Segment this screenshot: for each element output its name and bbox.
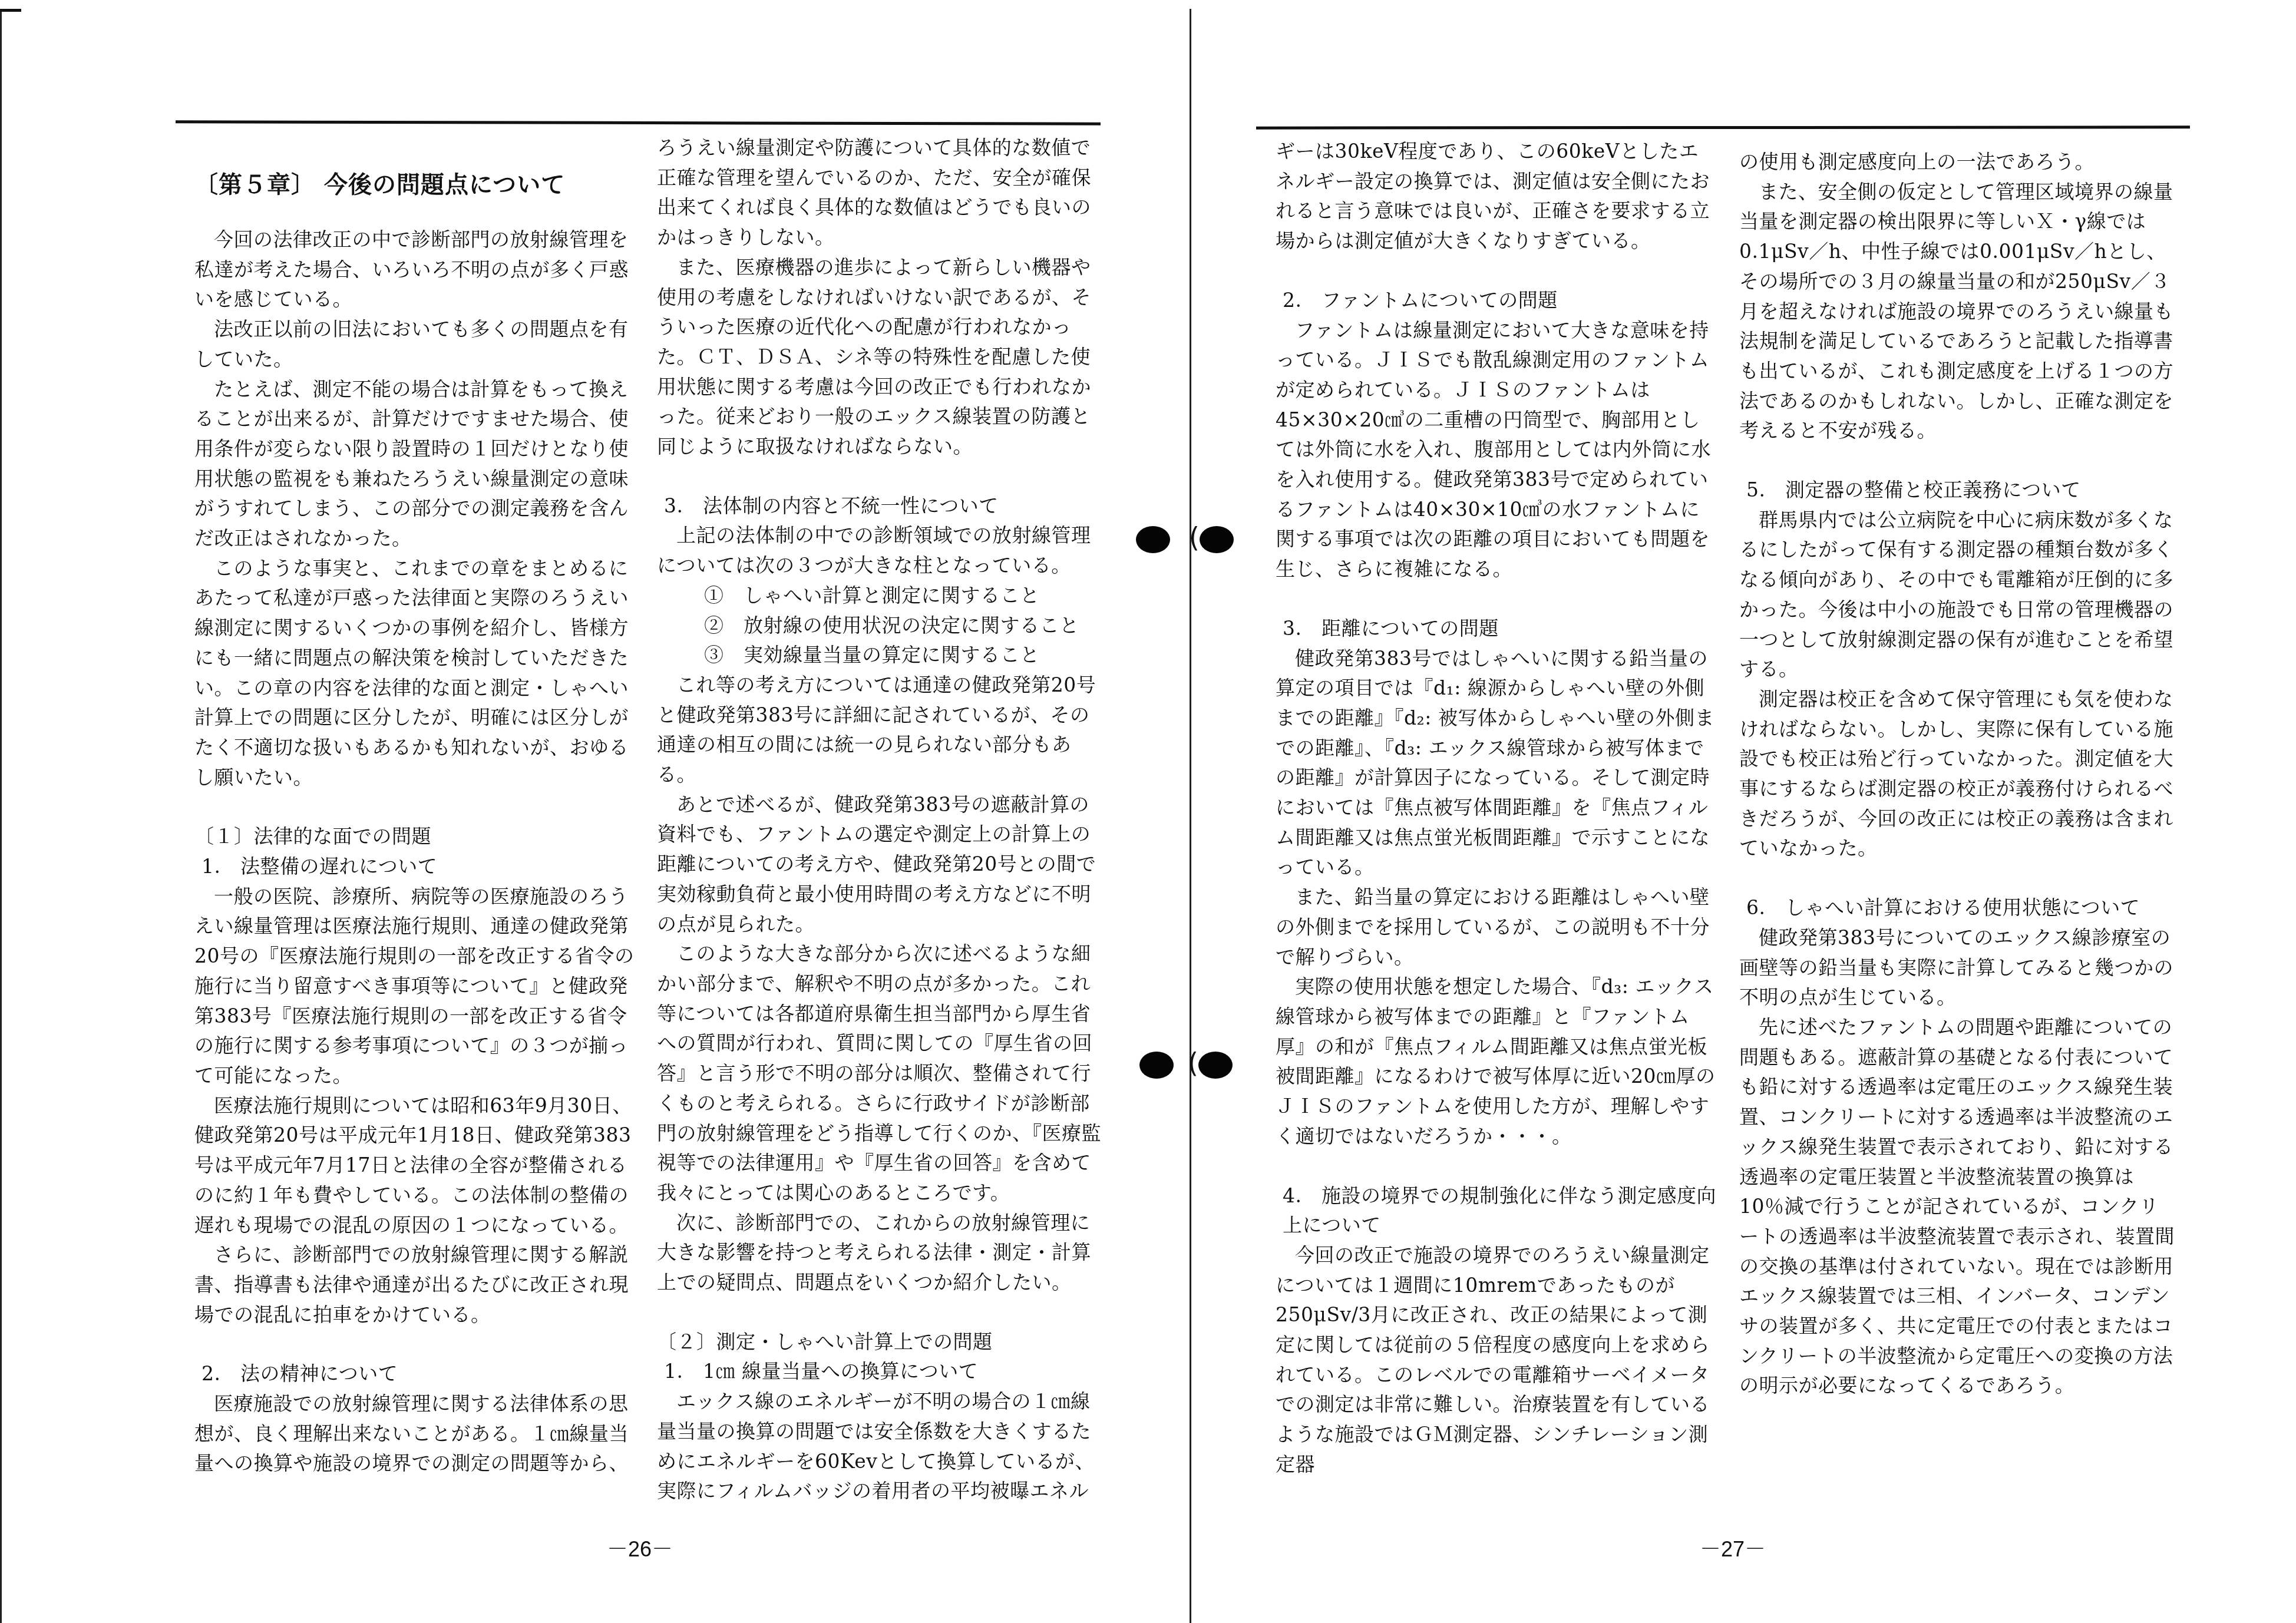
paragraph: 群馬県内では公立病院を中心に病床数が多くなるにしたがって保有する測定器の種類台数… [1739, 505, 2178, 685]
scan-left-edge [0, 9, 2, 1623]
punch-hole-icon [1200, 526, 1234, 553]
chapter-title: 〔第５章〕 今後の問題点について [194, 167, 636, 203]
paragraph: 一般の医院、診療所、病院等の医療施設のろうえい線量管理は医療法施行規則、通達の健… [194, 882, 636, 1091]
paragraph: 健政発第383号についてのエックス線診療室の画壁等の鉛当量も実際に計算してみると… [1739, 923, 2178, 1013]
subsection-heading: 1. 法整備の遅れについて [194, 852, 636, 882]
punch-hole-shadow-icon: ( [1189, 521, 1200, 553]
paragraph: ファントムは線量測定において大きな意味を持っている。ＪＩＳでも散乱線測定用のファ… [1276, 316, 1717, 584]
paragraph: 先に述べたファントムの問題や距離についての問題もある。遮蔽計算の基礎となる付表に… [1739, 1013, 2178, 1401]
left-page-header-rule [176, 120, 1101, 125]
subsection-heading: 6. しゃへい計算における使用状態について [1739, 893, 2178, 923]
punch-hole-icon [1136, 526, 1170, 553]
paragraph: このような事実と、これまでの章をまとめるにあたって私達が戸惑った法律面と実際のろ… [194, 554, 636, 793]
left-page-column-1: 〔第５章〕 今後の問題点について 今回の法律改正の中で診断部門の放射線管理を私達… [194, 167, 636, 1479]
right-page-column-2: の使用も測定感度向上の一法であろう。 また、安全側の仮定として管理区域境界の線量… [1739, 147, 2178, 1401]
paragraph: また、医療機器の進歩によって新らしい機器や使用の考慮をしなければいけない訳である… [657, 253, 1105, 462]
paragraph: 健政発第383号ではしゃへいに関する鉛当量の算定の項目では『d₁: 線源からしゃ… [1276, 644, 1717, 883]
paragraph: たとえば、測定不能の場合は計算をもって換えることが出来るが、計算だけですませた場… [194, 375, 636, 554]
page-number-right: －27－ [1700, 1533, 1766, 1563]
paragraph: 実際の使用状態を想定した場合、『d₃: エックス線管球から被写体までの距離』と『… [1276, 972, 1717, 1151]
subsection-heading: 5. 測定器の整備と校正義務について [1739, 475, 2178, 505]
paragraph: 今回の改正で施設の境界でのろうえい線量測定については１週間に10mremであった… [1276, 1241, 1717, 1480]
scan-left-edge-cap [0, 9, 21, 12]
list-item: ③ 実効線量当量の算定に関すること [657, 640, 1105, 670]
paragraph: さらに、診断部門での放射線管理に関する解説書、指導書も法律や通達が出るたびに改正… [194, 1240, 636, 1330]
paragraph: 今回の法律改正の中で診断部門の放射線管理を私達が考えた場合、いろいろ不明の点が多… [194, 225, 636, 315]
paragraph: このような大きな部分から次に述べるような細かい部分まで、解釈や不明の点が多かった… [657, 939, 1105, 1208]
punch-hole-icon [1198, 1052, 1233, 1079]
paragraph: 次に、診断部門での、これからの放射線管理に大きな影響を持つと考えられる法律・測定… [657, 1208, 1105, 1298]
paragraph: また、鉛当量の算定における距離はしゃへい壁の外側までを採用しているが、この説明も… [1276, 882, 1717, 972]
subsection-heading: 3. 法体制の内容と不統一性について [657, 491, 1105, 521]
paragraph: 測定器は校正を含めて保守管理にも気を使わなければならない。しかし、実際に保有して… [1739, 685, 2178, 864]
paragraph: あとで述べるが、健政発第383号の遮蔽計算の資料でも、ファントムの選定や測定上の… [657, 790, 1105, 940]
paragraph: ろうえい線量測定や防護について具体的な数値で正確な管理を望んでいるのか、ただ、安… [657, 133, 1105, 253]
book-spine-divider [1190, 9, 1191, 1623]
paragraph: また、安全側の仮定として管理区域境界の線量当量を測定器の検出限界に等しいＸ・γ線… [1739, 177, 2178, 446]
right-page-column-1: ギーは30keV程度であり、この60keVとしたエネルギー設定の換算では、測定値… [1276, 137, 1717, 1480]
paragraph: 法改正以前の旧法においても多くの問題点を有していた。 [194, 315, 636, 374]
right-page-header-rule [1256, 125, 2190, 129]
subsection-heading: 4. 施設の境界での規制強化に伴なう測定感度向上について [1276, 1181, 1717, 1241]
paragraph: エックス線のエネルギーが不明の場合の１㎝線量当量の換算の問題では安全係数を大きく… [657, 1387, 1105, 1506]
punch-hole-shadow-icon: ( [1188, 1047, 1198, 1079]
paragraph: 医療法施行規則については昭和63年9月30日、健政発第20号は平成元年1月18日… [194, 1091, 636, 1241]
paragraph: これ等の考え方については通達の健政発第20号と健政発第383号に詳細に記されてい… [657, 670, 1105, 790]
subsection-heading: 1. 1㎝ 線量当量への換算について [657, 1357, 1105, 1387]
section-heading: 〔１〕法律的な面での問題 [194, 822, 636, 852]
list-item: ② 放射線の使用状況の決定に関すること [657, 611, 1105, 641]
page-number-left: －26－ [607, 1533, 673, 1563]
paragraph: ギーは30keV程度であり、この60keVとしたエネルギー設定の換算では、測定値… [1276, 137, 1717, 256]
section-heading: 〔２〕測定・しゃへい計算上での問題 [657, 1327, 1105, 1357]
paragraph: の使用も測定感度向上の一法であろう。 [1739, 147, 2178, 177]
list-item: ① しゃへい計算と測定に関すること [657, 581, 1105, 611]
subsection-heading: 3. 距離についての問題 [1276, 614, 1717, 644]
paragraph: 医療施設での放射線管理に関する法律体系の思想が、良く理解出来ないことがある。１㎝… [194, 1389, 636, 1479]
left-page-column-2: ろうえい線量測定や防護について具体的な数値で正確な管理を望んでいるのか、ただ、安… [657, 133, 1105, 1506]
punch-hole-icon [1139, 1052, 1174, 1079]
subsection-heading: 2. 法の精神について [194, 1359, 636, 1389]
subsection-heading: 2. ファントムについての問題 [1276, 286, 1717, 316]
paragraph: 上記の法体制の中での診断領域での放射線管理については次の３つが大きな柱となってい… [657, 521, 1105, 580]
